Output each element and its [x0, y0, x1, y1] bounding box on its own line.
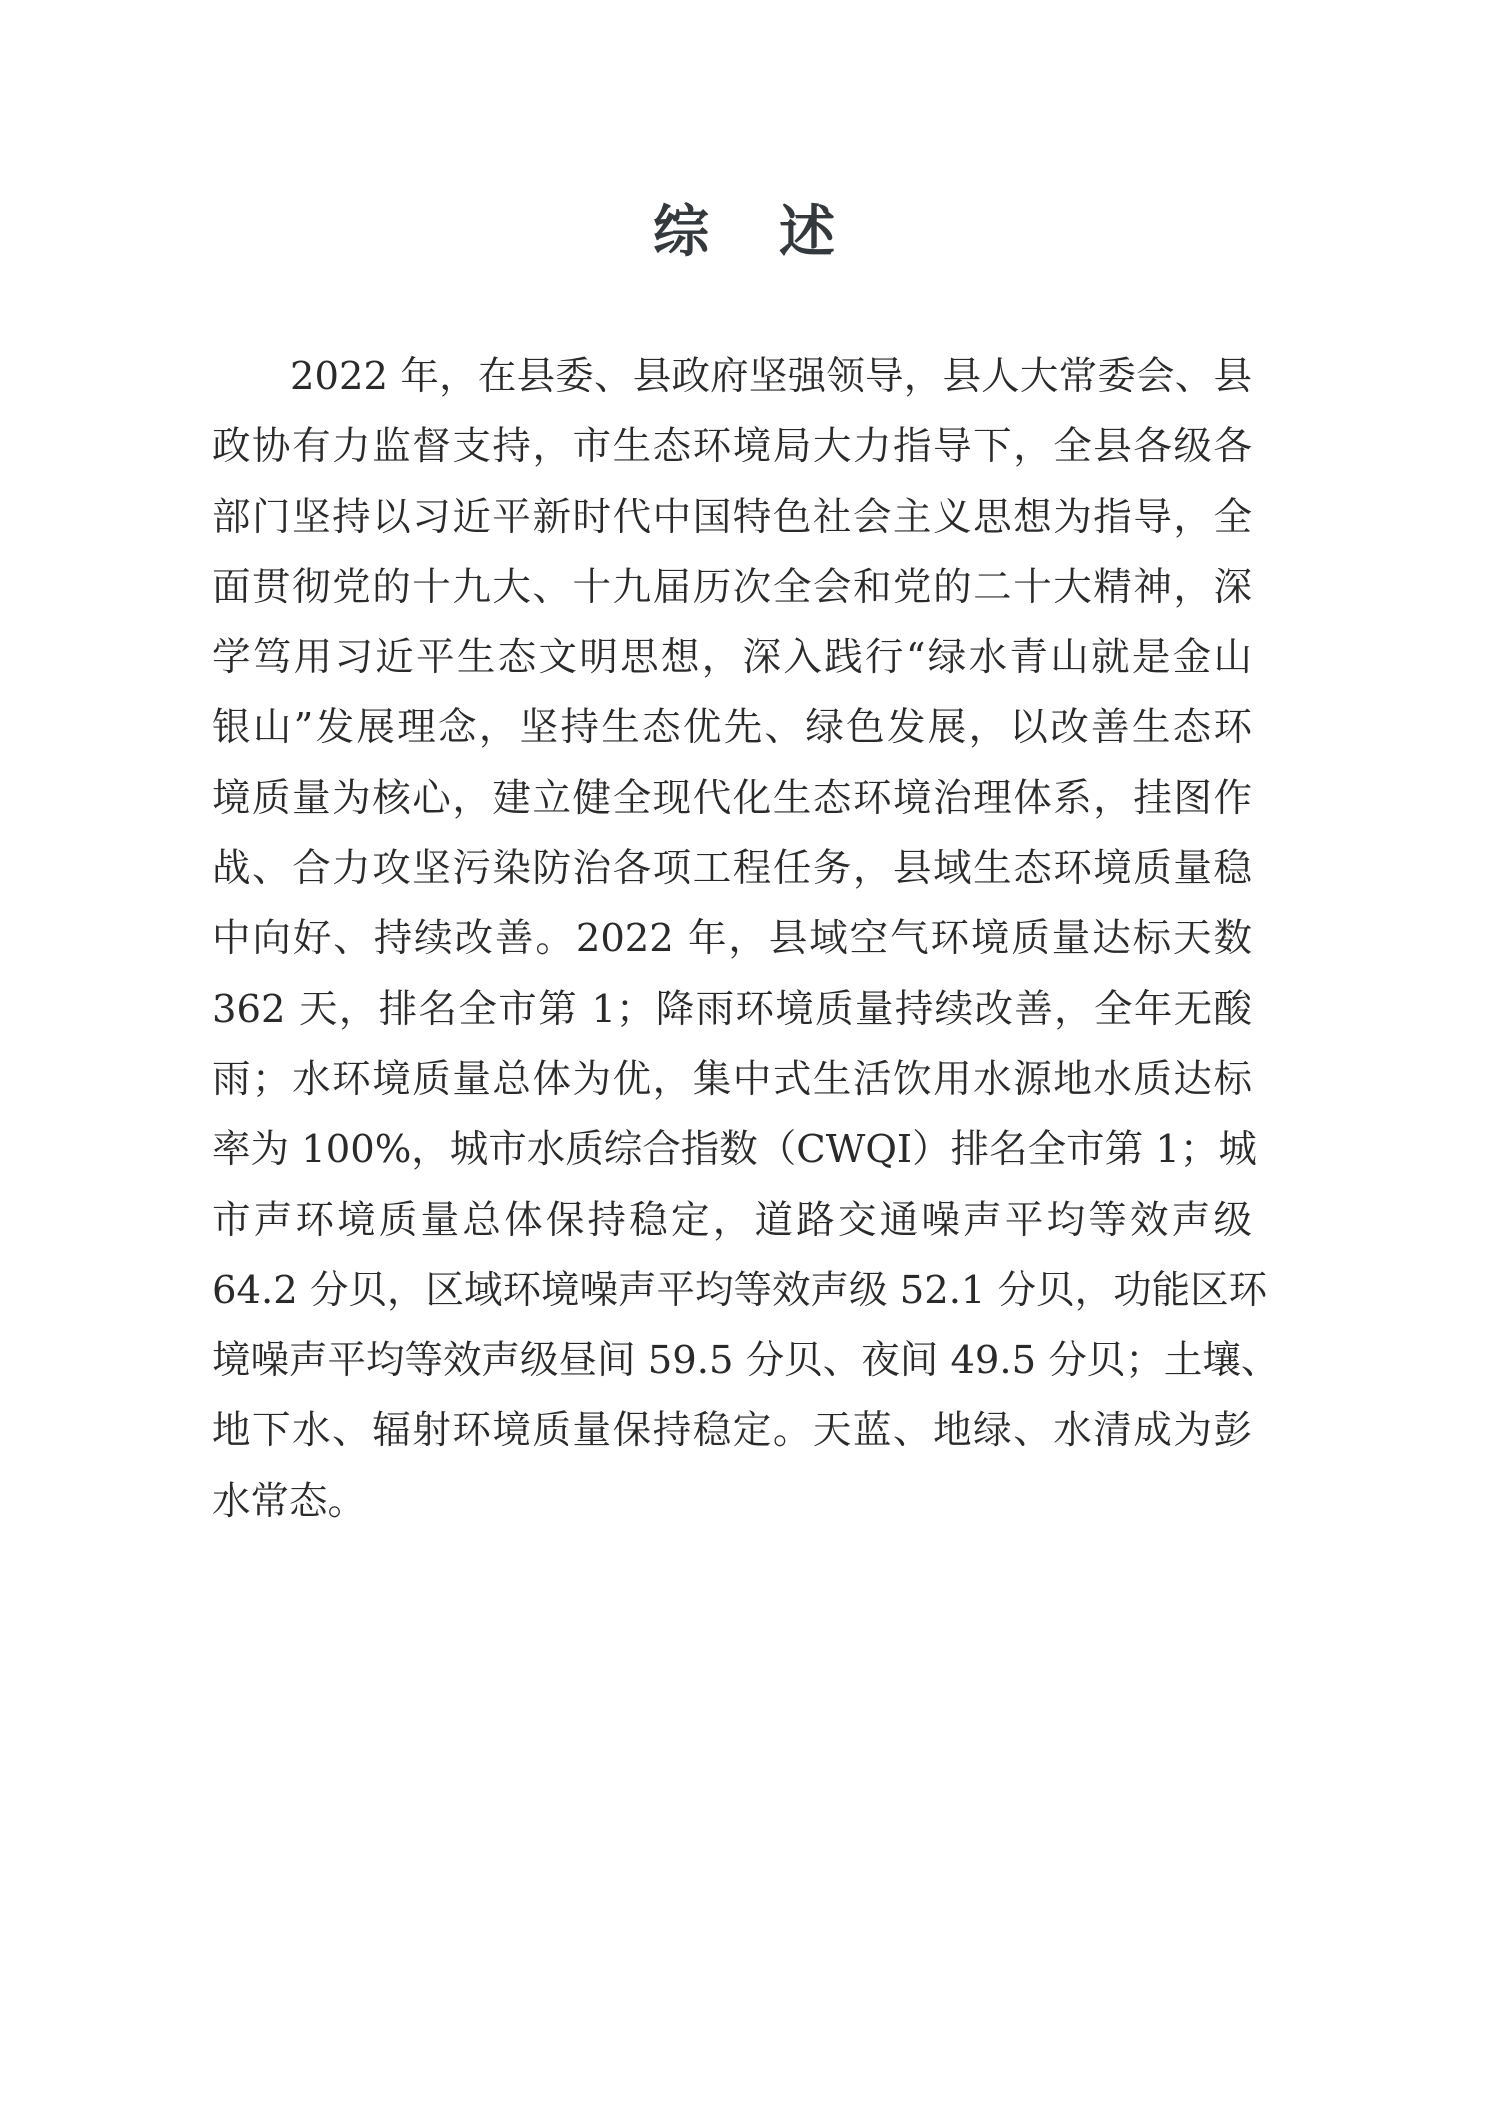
paragraph-line: 市声环境质量总体保持稳定，道路交通噪声平均等效声级 — [212, 1186, 1252, 1256]
paragraph-line: 中向好、持续改善。2022 年，县域空气环境质量达标天数 — [212, 904, 1252, 974]
paragraph-line: 率为 100%，城市水质综合指数（CWQI）排名全市第 1；城 — [212, 1115, 1252, 1185]
paragraph-line: 面贯彻党的十九大、十九届历次全会和党的二十大精神，深 — [212, 553, 1252, 623]
paragraph-line: 境质量为核心，建立健全现代化生态环境治理体系，挂图作 — [212, 764, 1252, 834]
paragraph-line: 战、合力攻坚污染防治各项工程任务，县域生态环境质量稳 — [212, 834, 1252, 904]
paragraph-line: 2022 年，在县委、县政府坚强领导，县人大常委会、县 — [212, 342, 1252, 412]
paragraph-line: 64.2 分贝，区域环境噪声平均等效声级 52.1 分贝，功能区环 — [212, 1256, 1252, 1326]
paragraph-line: 水常态。 — [212, 1467, 1252, 1537]
paragraph-line: 地下水、辐射环境质量保持稳定。天蓝、地绿、水清成为彭 — [212, 1396, 1252, 1466]
paragraph-line: 境噪声平均等效声级昼间 59.5 分贝、夜间 49.5 分贝；土壤、 — [212, 1326, 1252, 1396]
paragraph-line: 362 天，排名全市第 1；降雨环境质量持续改善，全年无酸 — [212, 975, 1252, 1045]
summary-paragraph: 2022 年，在县委、县政府坚强领导，县人大常委会、县 政协有力监督支持，市生态… — [212, 342, 1252, 1537]
page-title: 综述 — [0, 192, 1488, 272]
paragraph-line: 银山”发展理念，坚持生态优先、绿色发展，以改善生态环 — [212, 693, 1252, 763]
paragraph-line: 雨；水环境质量总体为优，集中式生活饮用水源地水质达标 — [212, 1045, 1252, 1115]
paragraph-line: 政协有力监督支持，市生态环境局大力指导下，全县各级各 — [212, 412, 1252, 482]
paragraph-line: 学笃用习近平生态文明思想，深入践行“绿水青山就是金山 — [212, 623, 1252, 693]
paragraph-line: 部门坚持以习近平新时代中国特色社会主义思想为指导，全 — [212, 483, 1252, 553]
document-page: 综述 2022 年，在县委、县政府坚强领导，县人大常委会、县 政协有力监督支持，… — [0, 0, 1488, 2106]
